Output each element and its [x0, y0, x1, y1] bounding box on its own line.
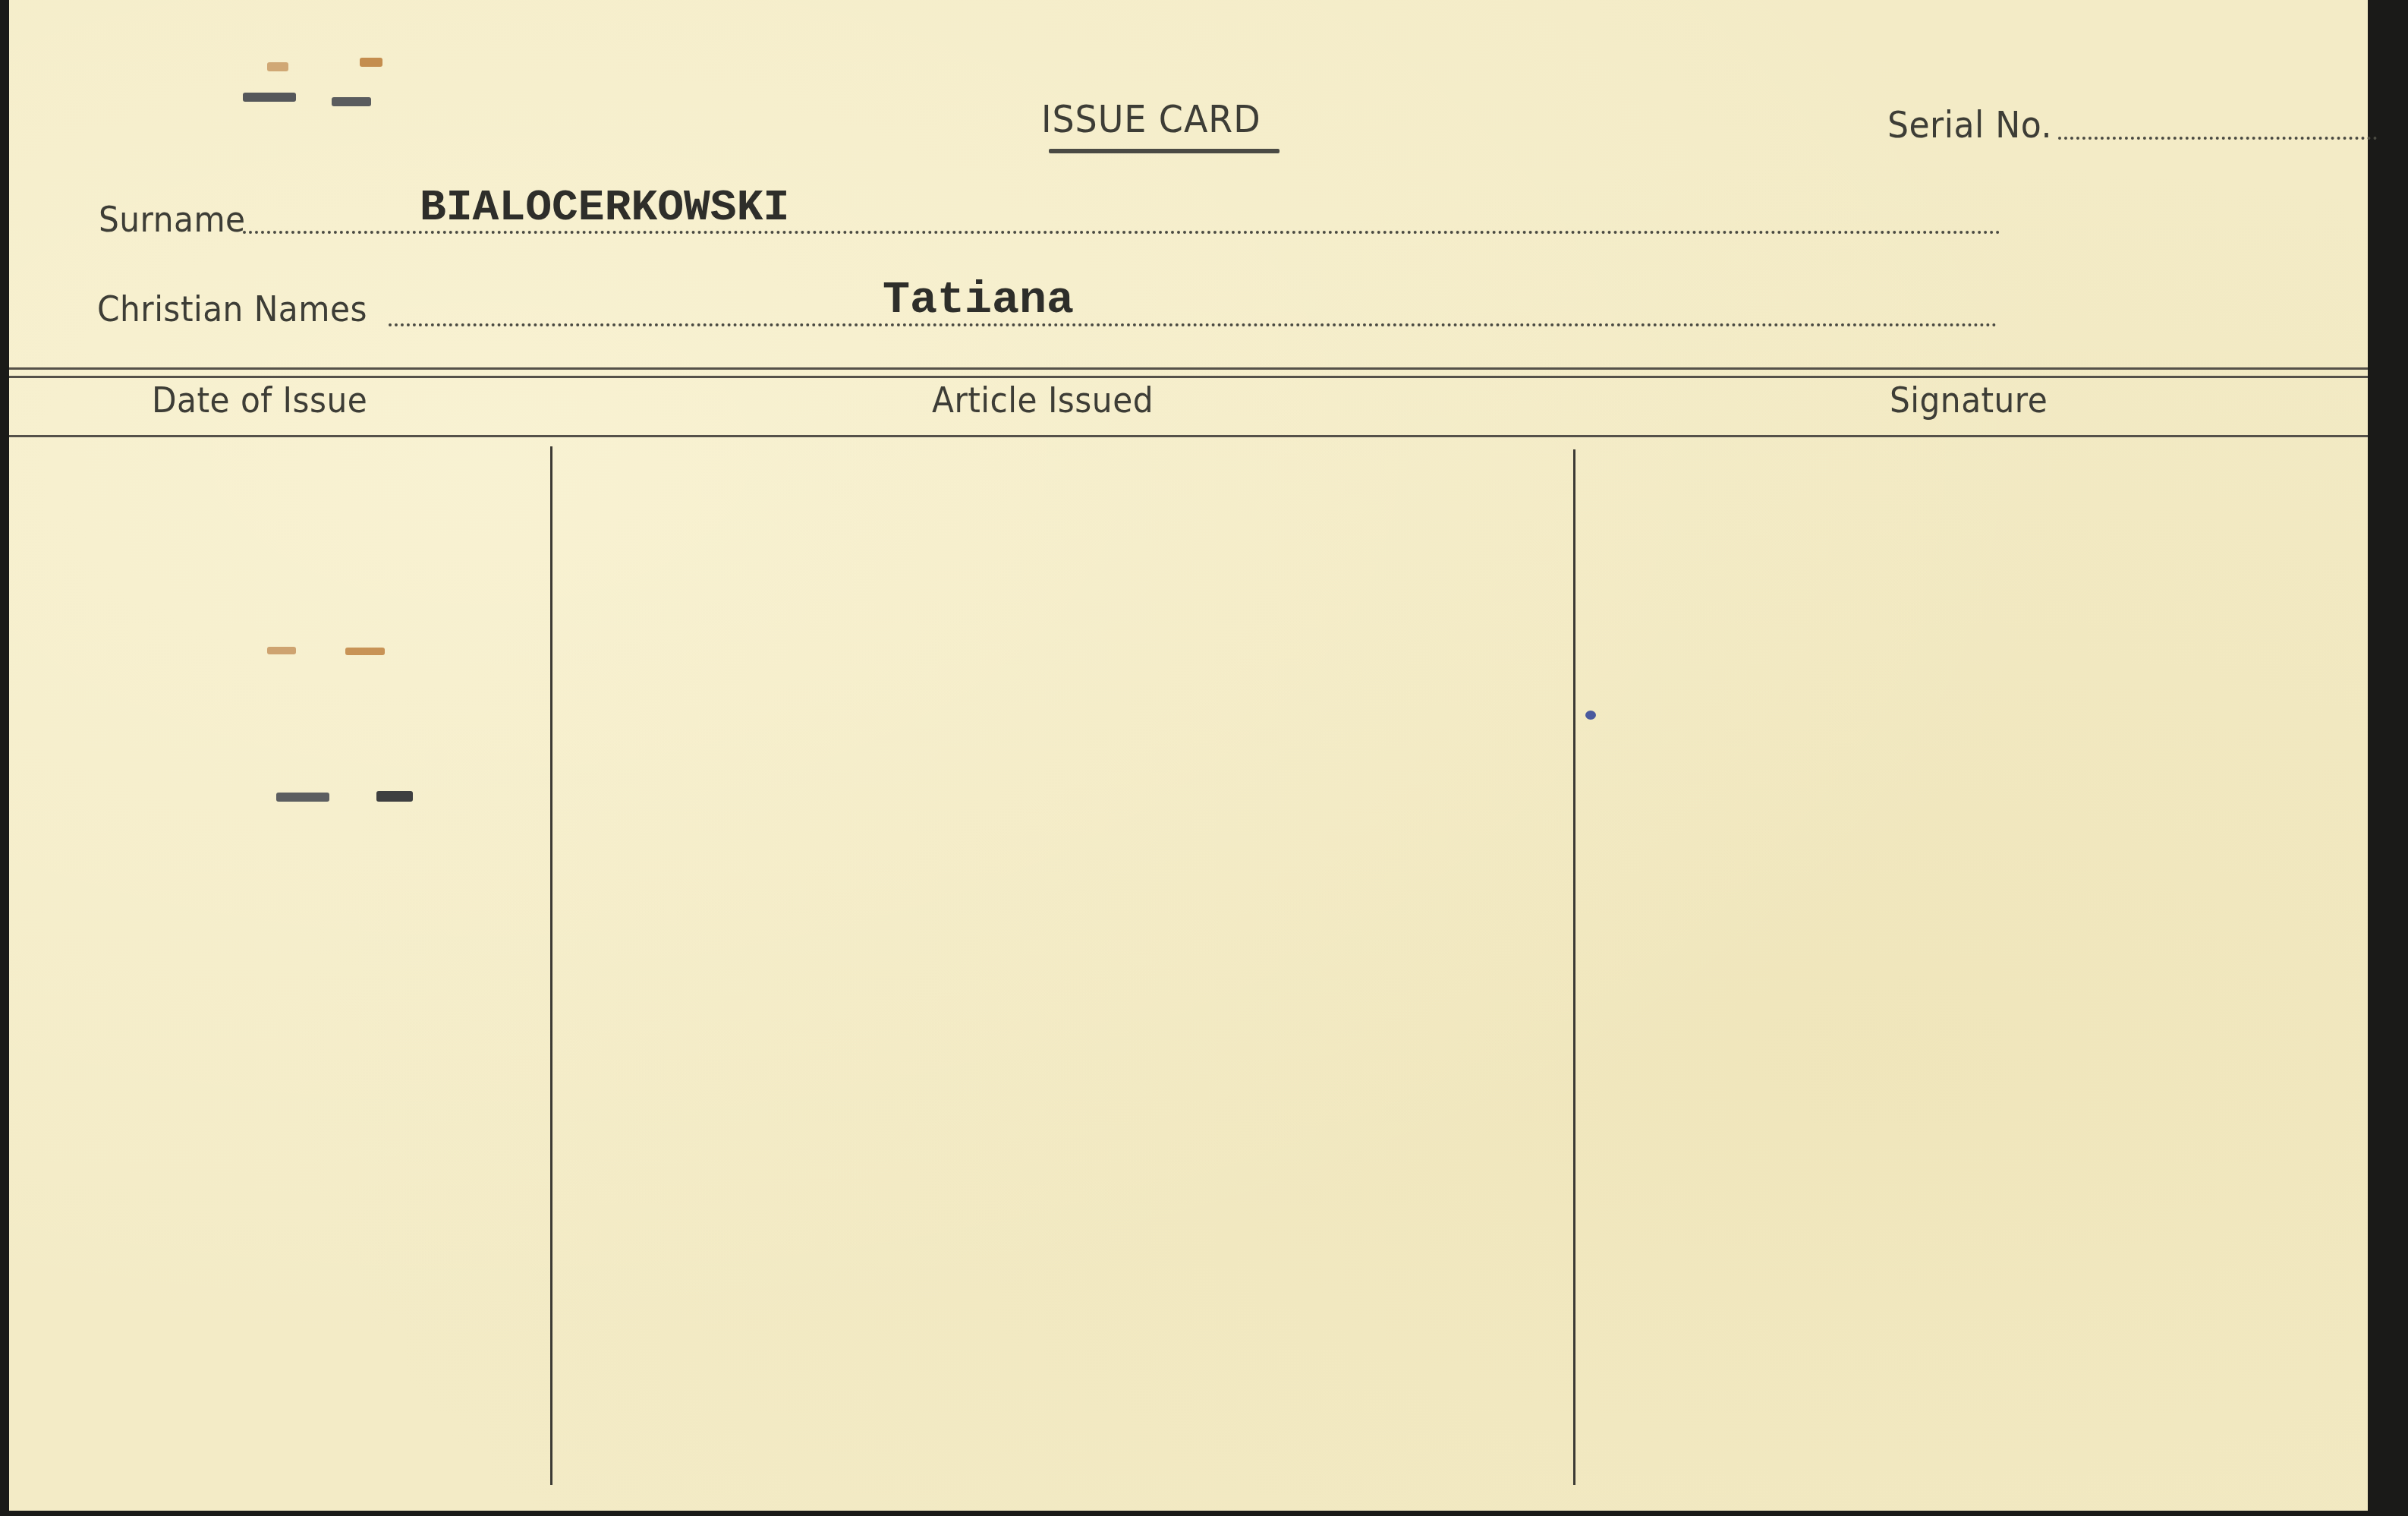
issue-card: ISSUE CARD Serial No. Surname BIALOCERKO… [9, 0, 2368, 1511]
christian-names-label: Christian Names [97, 288, 367, 329]
header-bottom-rule [9, 435, 2368, 437]
column-header-article-issued: Article Issued [932, 380, 1154, 421]
signature-column[interactable] [1575, 440, 2368, 1484]
article-issued-column[interactable] [552, 440, 1573, 1484]
title-underline [1049, 149, 1280, 153]
column-header-date-of-issue: Date of Issue [152, 380, 367, 421]
rust-stain [360, 58, 382, 67]
surname-label: Surname [99, 199, 246, 240]
column-divider-1 [550, 446, 552, 1485]
rust-stain [267, 62, 288, 71]
header-double-rule-top [9, 367, 2368, 370]
christian-names-field[interactable] [389, 323, 1997, 326]
card-title: ISSUE CARD [1041, 97, 1261, 141]
column-header-signature: Signature [1890, 380, 2048, 421]
column-divider-2 [1573, 449, 1575, 1485]
header-double-rule-bottom [9, 376, 2368, 378]
serial-no-field[interactable] [2058, 137, 2377, 140]
surname-value: BIALOCERKOWSKI [420, 184, 789, 233]
staple-mark [243, 93, 296, 102]
date-of-issue-column[interactable] [9, 440, 550, 1484]
staple-mark [332, 97, 371, 106]
serial-no-label: Serial No. [1887, 104, 2052, 147]
christian-names-value: Tatiana [883, 275, 1074, 326]
